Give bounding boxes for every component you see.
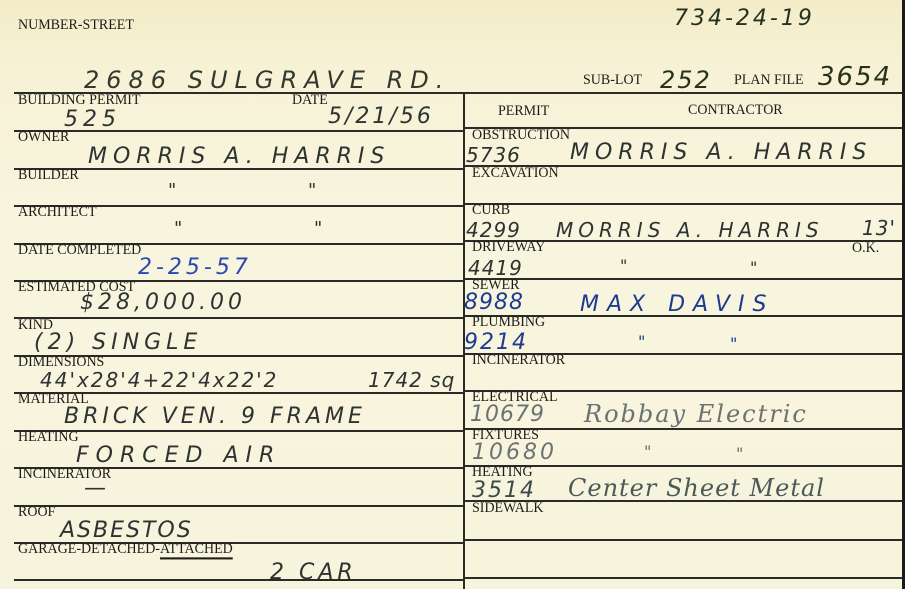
obstruction-label: OBSTRUCTION (472, 128, 570, 145)
plumbing-ditto: " (638, 332, 650, 351)
builder-ditto: " (308, 180, 321, 201)
material-value: BRICK VEN. 9 FRAME (64, 404, 366, 429)
dimensions-value: 44'x28'4+22'4x22'2 (40, 368, 278, 392)
excavation-label: EXCAVATION (472, 166, 559, 183)
divider-line (14, 430, 463, 432)
architect-ditto: " (174, 218, 187, 239)
contractor-column-header: CONTRACTOR (688, 103, 783, 120)
curb-note: 13' (862, 216, 896, 240)
architect-ditto: " (314, 218, 327, 239)
divider-line (463, 577, 905, 579)
divider-line (14, 579, 463, 581)
plumbing-label: PLUMBING (472, 315, 545, 332)
date-value: 5/21/56 (328, 104, 434, 129)
obstruction-contractor: MORRIS A. HARRIS (570, 140, 872, 165)
estimated-cost-value: $28,000.00 (80, 290, 246, 315)
date-completed-value: 2-25-57 (138, 255, 252, 280)
builder-ditto: " (168, 180, 181, 201)
divider-line (14, 92, 905, 94)
divider-line (463, 203, 905, 205)
plumbing-ditto: " (730, 334, 742, 353)
electrical-contractor: Robbay Electric (584, 400, 808, 428)
electrical-permit: 10679 (470, 402, 545, 427)
fixtures-ditto: " (644, 442, 656, 461)
driveway-ditto: " (750, 258, 762, 277)
garage-value: 2 CAR (270, 560, 357, 585)
curb-label: CURB (472, 203, 510, 220)
architect-label: ARCHITECT (18, 205, 97, 222)
sewer-permit: 8988 (464, 290, 524, 315)
curb-contractor: MORRIS A. HARRIS (556, 218, 824, 242)
owner-label: OWNER (18, 130, 69, 147)
permit-column-header: PERMIT (498, 104, 549, 121)
address-value: 2686 SULGRAVE RD. (84, 66, 450, 94)
date-completed-label: DATE COMPLETED (18, 243, 141, 260)
date-label: DATE (292, 93, 328, 110)
garage-label-prefix: GARAGE-DETACHED- (18, 542, 160, 558)
sewer-contractor: MAX DAVIS (580, 292, 775, 317)
heating-value: FORCED AIR (76, 443, 281, 468)
divider-line (14, 505, 463, 507)
owner-value: MORRIS A. HARRIS (88, 144, 390, 169)
roof-label: ROOF (18, 505, 55, 522)
builder-label: BUILDER (18, 168, 79, 185)
sidewalk-label: SIDEWALK (472, 501, 544, 518)
heating-contractor: Center Sheet Metal (568, 474, 825, 502)
fixtures-ditto: " (736, 444, 748, 463)
sub-lot-value: 252 (660, 66, 712, 94)
roof-value: ASBESTOS (60, 518, 193, 543)
incinerator-value: — (84, 476, 106, 501)
driveway-permit: 4419 (468, 256, 523, 280)
permit-card: NUMBER-STREET 734-24-19 2686 SULGRAVE RD… (0, 0, 905, 589)
driveway-label: DRIVEWAY (472, 240, 545, 257)
divider-line (14, 317, 463, 319)
curb-status: O.K. (852, 241, 879, 258)
divider-line (463, 539, 905, 541)
garage-label-attached: ATTACHED (160, 542, 233, 558)
driveway-ditto: " (620, 256, 632, 275)
obstruction-permit: 5736 (466, 143, 521, 167)
kind-value: (2) SINGLE (34, 330, 202, 355)
plan-file-label: PLAN FILE (734, 73, 804, 90)
fixtures-permit: 10680 (472, 440, 557, 465)
garage-label: GARAGE-DETACHED-ATTACHED (18, 542, 233, 559)
heating-label: HEATING (18, 430, 79, 447)
dimensions-area: 1742 sq (368, 368, 455, 392)
divider-line (463, 278, 905, 280)
heating-permit: 3514 (472, 478, 536, 503)
sub-lot-label: SUB-LOT (583, 73, 642, 90)
plan-file-value: 3654 (818, 62, 892, 92)
number-street-label: NUMBER-STREET (18, 18, 134, 35)
incinerator-right-label: INCINERATOR (472, 353, 565, 370)
curb-permit: 4299 (466, 218, 521, 242)
reference-number: 734-24-19 (674, 6, 815, 31)
plumbing-permit: 9214 (464, 330, 528, 355)
building-permit-value: 525 (64, 107, 121, 132)
